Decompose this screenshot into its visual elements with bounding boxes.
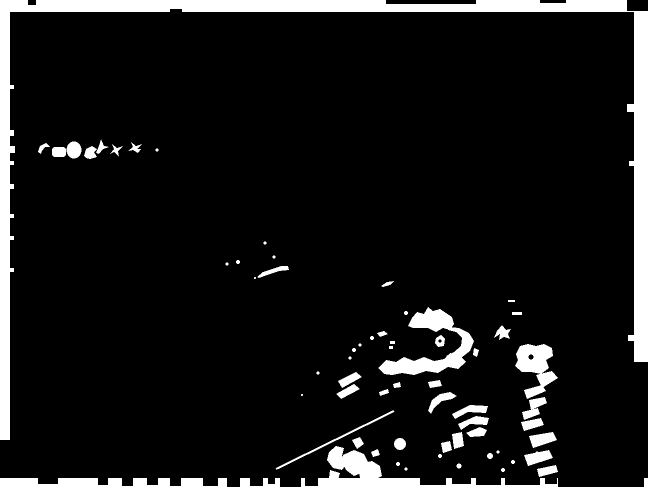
edge-tick-left [10, 268, 14, 272]
bottom-tooth [452, 478, 471, 484]
ring-dot [349, 357, 352, 360]
blob-oval [67, 142, 82, 159]
bottom-tooth [227, 478, 240, 487]
bottom-tooth [250, 478, 263, 486]
edge-notch-right [629, 161, 634, 166]
speck [264, 242, 267, 245]
dash [512, 312, 522, 315]
bottom-tooth [203, 478, 218, 486]
speck [226, 263, 229, 266]
photo-bleed-left [0, 440, 12, 478]
bottom-tooth [305, 478, 318, 486]
speck [236, 260, 240, 264]
photo-base [10, 12, 634, 478]
edge-notch-right [644, 478, 648, 483]
blob-dot [156, 149, 159, 152]
edge-tick-left [10, 214, 14, 218]
pebble [394, 438, 406, 450]
bottom-tooth [98, 478, 108, 485]
edge-tick-left [10, 85, 14, 89]
cluster-cap-dot [404, 311, 408, 315]
speck [511, 460, 515, 464]
ring-dot [352, 348, 356, 352]
speck [438, 454, 442, 458]
dash [508, 300, 515, 302]
top-edge-dash [540, 0, 566, 3]
streak-dot [254, 277, 256, 279]
top-edge-dash [386, 0, 476, 4]
eye-center [439, 340, 442, 343]
ring-dash [390, 341, 395, 344]
edge-notch-right [627, 104, 634, 112]
speck [487, 453, 493, 459]
bottom-tooth [38, 478, 58, 484]
speck [396, 462, 400, 466]
ring-dash [389, 346, 393, 349]
speck [528, 455, 533, 460]
bottom-tooth [280, 478, 301, 487]
edge-tick-left [10, 146, 15, 153]
photo-bleed-right [634, 362, 648, 478]
tile [452, 432, 464, 449]
bottom-tooth [420, 478, 446, 485]
bottom-tooth [545, 478, 557, 484]
binarized-photo-canvas [0, 0, 648, 495]
bottom-tooth [268, 478, 275, 484]
bottom-corner-band [558, 478, 644, 487]
speck [457, 464, 462, 469]
edge-notch-right [628, 335, 634, 341]
edge-tick-left [10, 161, 14, 165]
top-edge-dash [28, 0, 36, 5]
bottom-tooth [476, 478, 501, 485]
blob-tab [52, 147, 66, 157]
edge-tick-left [10, 184, 14, 189]
speck [317, 372, 320, 375]
speck [497, 451, 500, 454]
bottom-tooth [147, 478, 158, 485]
top-edge-dash [170, 9, 182, 13]
ring-dot [370, 336, 374, 340]
speck [536, 452, 539, 455]
bottom-tooth [122, 478, 133, 486]
top-corner-patch [627, 0, 648, 11]
photo-scan [0, 0, 648, 495]
ring-dot [359, 344, 362, 347]
edge-tick-left [10, 236, 14, 240]
speck [273, 256, 276, 259]
speck [301, 394, 303, 396]
speck [501, 468, 505, 472]
boot-dot [529, 355, 534, 360]
bottom-tooth [505, 478, 540, 485]
speck [405, 468, 408, 471]
edge-tick-left [10, 130, 14, 136]
bottom-tooth [170, 478, 181, 486]
